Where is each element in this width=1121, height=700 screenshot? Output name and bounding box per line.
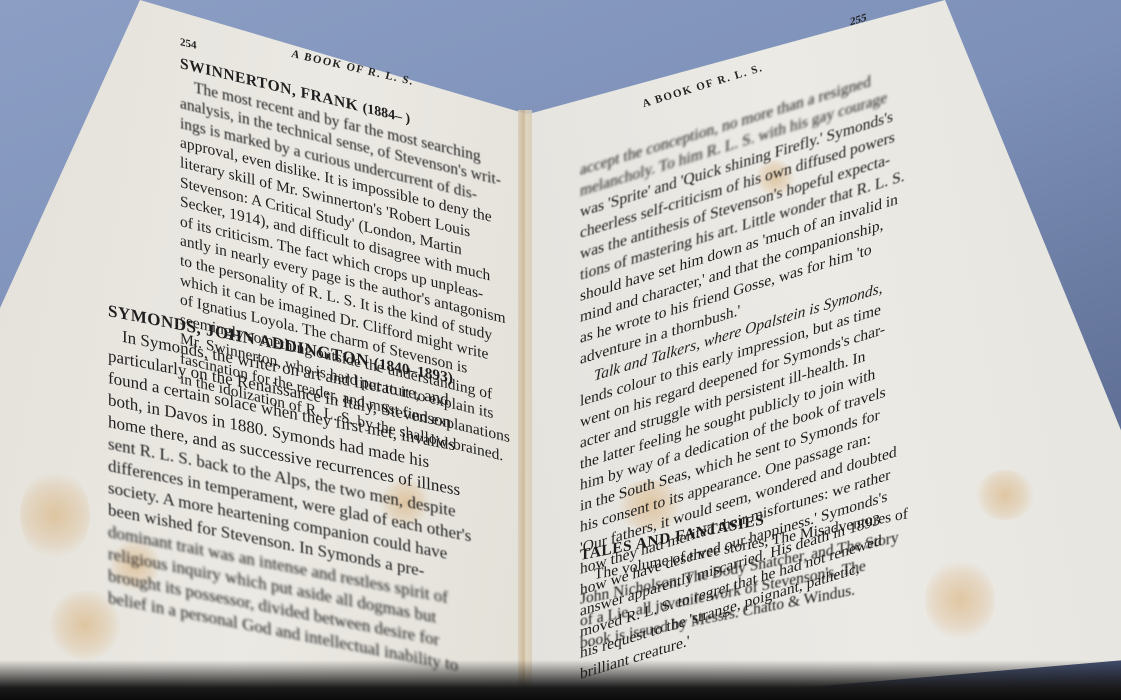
foxing-stain (925, 560, 995, 640)
foxing-stain (975, 470, 1035, 520)
table-shadow (0, 660, 1121, 700)
photo-scene: 254 A BOOK OF R. L. S. SWINNERTON, FRANK… (0, 0, 1121, 700)
book-gutter (518, 110, 532, 700)
foxing-stain (20, 470, 90, 560)
